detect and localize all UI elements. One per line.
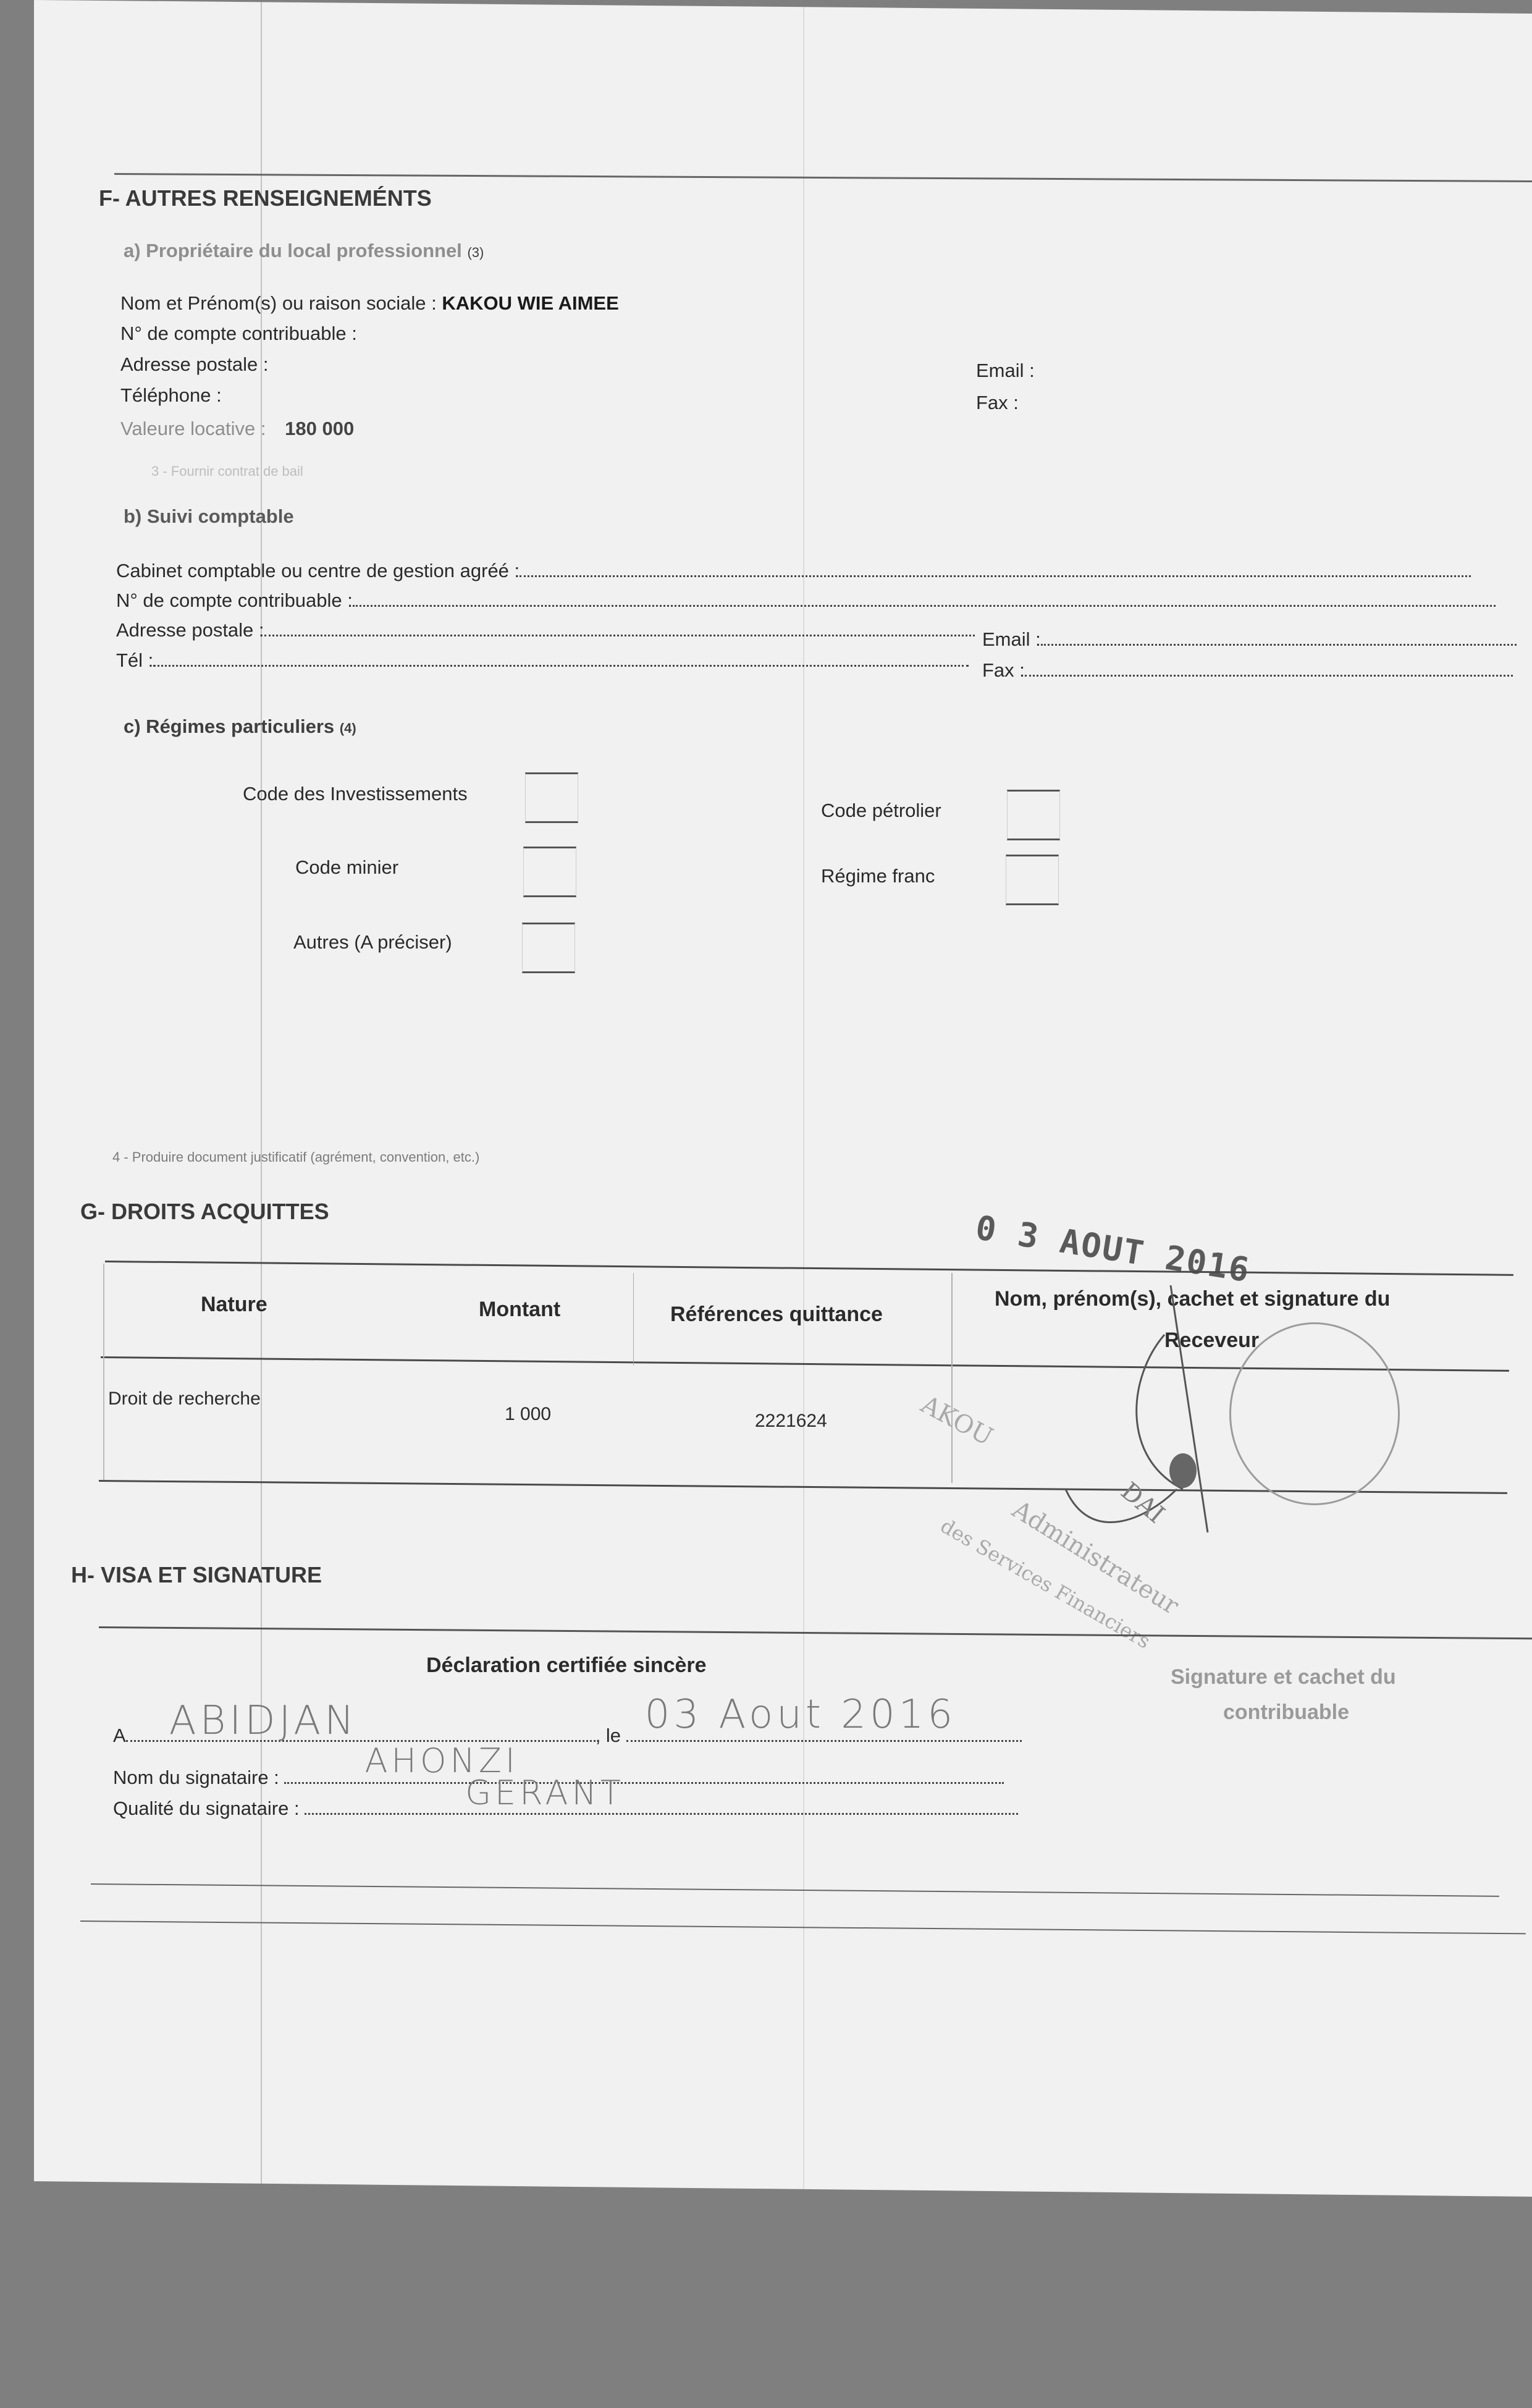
regime-checkbox-petrolier[interactable] xyxy=(1007,790,1060,840)
note-ref: (3) xyxy=(467,245,484,260)
section-h-title: H- VISA ET SIGNATURE xyxy=(71,1562,322,1588)
regime-checkbox-investissements[interactable] xyxy=(525,772,578,823)
accounting-address-field: Adresse postale : xyxy=(116,619,975,641)
section-f-b-title: b) Suivi comptable xyxy=(124,505,294,528)
cabinet-label: Cabinet comptable ou centre de gestion a… xyxy=(116,560,520,581)
owner-rent-field: Valeure locative : 180 000 xyxy=(120,418,354,440)
owner-phone-field: Téléphone : xyxy=(120,384,222,407)
date-input[interactable]: 03 Aout 2016 xyxy=(626,1724,1022,1742)
accounting-email-field: Email : xyxy=(982,628,1517,651)
scan-artifact-line xyxy=(803,0,804,2197)
table-header-nature: Nature xyxy=(201,1293,267,1317)
quality-label: Qualité du signataire : xyxy=(113,1798,300,1819)
regime-checkbox-autres[interactable] xyxy=(522,923,575,973)
table-top-rule xyxy=(105,1261,1513,1276)
section-h-rule xyxy=(99,1626,1532,1640)
taxpayer-signature-label-2: contribuable xyxy=(1223,1700,1349,1725)
accounting-tel-input[interactable] xyxy=(153,649,969,667)
note-ref: (4) xyxy=(340,720,356,736)
accounting-tel-label: Tél : xyxy=(116,649,153,671)
date-label: , le xyxy=(596,1725,621,1746)
quality-value: GERANT xyxy=(465,1773,625,1812)
table-col-divider xyxy=(633,1273,634,1366)
table-cell-reference: 2221624 xyxy=(755,1411,827,1432)
subsection-a-title: a) Propriétaire du local professionnel xyxy=(124,240,462,261)
quality-input[interactable]: GERANT xyxy=(305,1797,1018,1815)
section-f-c-title: c) Régimes particuliers (4) xyxy=(124,716,356,738)
declaration-title: Déclaration certifiée sincère xyxy=(426,1654,707,1678)
accounting-account-label: N° de compte contribuable : xyxy=(116,589,353,611)
place-date-field: AABIDJAN, le 03 Aout 2016 xyxy=(113,1724,1022,1747)
cabinet-input[interactable] xyxy=(520,559,1471,577)
section-g-title: G- DROITS ACQUITTES xyxy=(80,1199,329,1225)
owner-address-label: Adresse postale : xyxy=(120,353,269,375)
owner-email-label: Email : xyxy=(976,360,1035,382)
table-col-divider xyxy=(951,1273,953,1483)
owner-rent-value: 180 000 xyxy=(285,418,354,439)
owner-name-value: KAKOU WIE AIMEE xyxy=(442,292,618,314)
owner-account-label: N° de compte contribuable : xyxy=(120,323,357,344)
date-value: 03 Aout 2016 xyxy=(645,1692,956,1738)
table-cell-montant: 1 000 xyxy=(505,1404,551,1425)
scanned-page: F- AUTRES RENSEIGNEMÉNTS a) Propriétaire… xyxy=(34,0,1532,2197)
receiver-signature xyxy=(1053,1285,1288,1545)
table-cell-nature: Droit de recherche xyxy=(108,1388,261,1409)
cabinet-field: Cabinet comptable ou centre de gestion a… xyxy=(116,559,1471,582)
footnote-4: 4 - Produire document justificatif (agré… xyxy=(112,1149,479,1165)
owner-phone-label: Téléphone : xyxy=(120,384,222,406)
accounting-account-input[interactable] xyxy=(353,589,1496,607)
place-value: ABIDJAN xyxy=(169,1698,358,1744)
regime-label-petrolier: Code pétrolier xyxy=(821,800,941,822)
top-divider xyxy=(114,173,1532,182)
table-header-montant: Montant xyxy=(479,1298,560,1322)
regime-label-franc: Régime franc xyxy=(821,865,935,887)
signatory-label: Nom du signataire : xyxy=(113,1767,279,1788)
received-date-stamp: 0 3 AOUT 2016 xyxy=(973,1208,1253,1290)
section-f-a-title: a) Propriétaire du local professionnel (… xyxy=(124,240,484,262)
regime-label-autres: Autres (A préciser) xyxy=(293,931,452,953)
taxpayer-signature-label: Signature et cachet du xyxy=(1171,1665,1396,1689)
accounting-email-input[interactable] xyxy=(1041,628,1517,646)
owner-fax-label: Fax : xyxy=(976,392,1019,414)
subsection-c-title: c) Régimes particuliers xyxy=(124,716,334,737)
quality-field: Qualité du signataire : GERANT xyxy=(113,1797,1018,1820)
accounting-tel-field: Tél : xyxy=(116,649,969,672)
accounting-address-label: Adresse postale : xyxy=(116,619,264,641)
place-label: A xyxy=(113,1725,126,1746)
owner-rent-label: Valeure locative : xyxy=(120,418,266,439)
accounting-fax-input[interactable] xyxy=(1025,659,1513,677)
regime-checkbox-minier[interactable] xyxy=(523,847,576,897)
owner-account-field: N° de compte contribuable : xyxy=(120,323,357,345)
accounting-address-input[interactable] xyxy=(264,619,975,636)
owner-address-field: Adresse postale : xyxy=(120,353,269,376)
accounting-email-label: Email : xyxy=(982,628,1041,650)
regime-label-minier: Code minier xyxy=(295,856,398,879)
signatory-input[interactable]: AHONZI xyxy=(284,1766,1004,1784)
place-input[interactable]: ABIDJAN xyxy=(126,1724,596,1742)
accounting-fax-label: Fax : xyxy=(982,659,1025,681)
regime-label-investissements: Code des Investissements xyxy=(243,783,468,805)
footnote-3: 3 - Fournir contrat de bail xyxy=(151,463,303,479)
table-border-left xyxy=(103,1264,104,1480)
table-header-reference: Références quittance xyxy=(670,1303,883,1327)
accounting-fax-field: Fax : xyxy=(982,659,1513,682)
accounting-account-field: N° de compte contribuable : xyxy=(116,589,1496,612)
section-f-title: F- AUTRES RENSEIGNEMÉNTS xyxy=(99,185,432,211)
owner-name-field: Nom et Prénom(s) ou raison sociale : KAK… xyxy=(120,292,619,315)
bottom-rule-1 xyxy=(91,1883,1499,1897)
owner-name-label: Nom et Prénom(s) ou raison sociale : xyxy=(120,292,437,314)
stamp-line-1: AKOU xyxy=(916,1390,997,1451)
regime-checkbox-franc[interactable] xyxy=(1006,855,1059,905)
